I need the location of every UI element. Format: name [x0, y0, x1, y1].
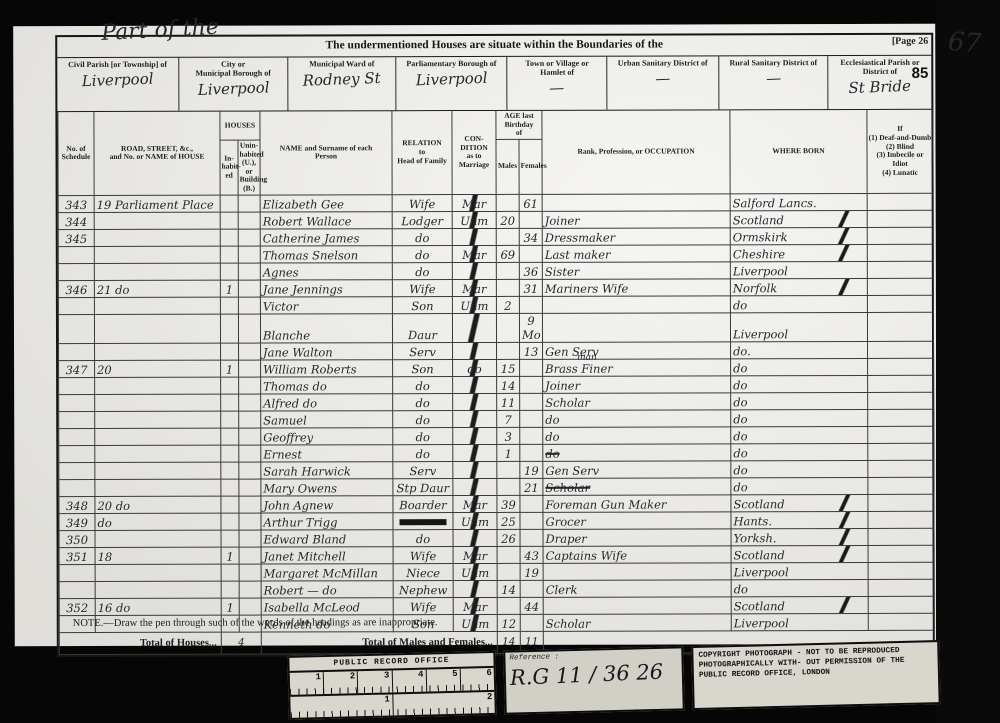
cell-infirmity — [868, 443, 934, 460]
cell-condition — [453, 342, 497, 359]
cell-age-male: 11 — [497, 393, 520, 410]
ruler-units: 12 — [290, 691, 494, 717]
cell-age-female: 19 — [520, 461, 543, 478]
cell-occupation — [543, 562, 731, 579]
col-relation: RELATION to Head of Family — [392, 111, 452, 195]
col-occupation: Rank, Profession, or OCCUPATION — [542, 110, 730, 194]
district-field-label: Parliamentary Borough of — [396, 59, 507, 68]
cell-inhabited — [221, 445, 239, 462]
col-houses: HOUSES — [220, 111, 260, 140]
cell-schedule: 344 — [58, 212, 94, 229]
cell-schedule: 343 — [58, 195, 94, 212]
cell-relation: Son — [392, 296, 452, 313]
table-row: BlancheDaur9 MoLiverpool — [58, 312, 933, 343]
cell-relation: Lodger — [392, 211, 452, 228]
col-where-born: WHERE BORN — [730, 109, 867, 193]
cell-occupation: Captains Wife — [543, 545, 731, 562]
margin-number: 67 — [947, 27, 982, 59]
cell-infirmity — [867, 278, 933, 295]
district-field-value: Liverpool — [179, 78, 288, 100]
cell-age-male: 20 — [496, 211, 519, 228]
cell-road — [95, 377, 221, 394]
cell-age-male: 7 — [497, 410, 520, 427]
cell-where-born: Liverpool — [731, 562, 868, 579]
col-schedule: No. of Schedule — [58, 111, 94, 195]
cell-relation: Daur — [392, 313, 452, 342]
cell-relation: Wife — [393, 597, 453, 614]
cell-road: 19 Parliament Place — [94, 195, 220, 212]
col-condition: CON- DITION as to Marriage — [452, 110, 496, 194]
cell-relation: do — [392, 228, 452, 245]
cell-condition: Mar — [453, 546, 497, 563]
cell-relation: do — [393, 427, 453, 444]
inserted-word: man — [577, 352, 597, 362]
total-houses-value: 4 — [221, 632, 261, 654]
cell-occupation: Dressmaker — [542, 227, 730, 244]
cell-name: Blanche — [260, 313, 392, 342]
cell-condition — [453, 410, 497, 427]
cell-occupation: Scholar — [543, 613, 731, 630]
cell-relation: Stp Daur — [393, 478, 453, 495]
district-field-value: Rodney St — [288, 69, 395, 91]
table-body: 34319 Parliament PlaceElizabeth GeeWifeM… — [58, 193, 934, 632]
cell-name: Jane Walton — [261, 342, 393, 359]
col-name: NAME and Surname of each Person — [260, 111, 392, 195]
cell-age-male: 3 — [497, 427, 520, 444]
district-field-value: — — [508, 77, 607, 99]
cell-schedule: 350 — [59, 530, 95, 547]
cell-occupation: Joiner — [543, 375, 731, 392]
cell-condition: Mar — [453, 597, 497, 614]
cell-uninhabited — [239, 394, 261, 411]
cell-age-female: 19 — [520, 563, 543, 580]
cell-uninhabited — [239, 343, 261, 360]
cell-relation: Wife — [392, 194, 452, 211]
cell-name: Thomas do — [261, 376, 393, 393]
scan-edge-right — [936, 0, 1000, 723]
cell-infirmity — [867, 244, 933, 261]
cell-infirmity — [868, 426, 934, 443]
cell-age-female — [520, 444, 543, 461]
cell-age-female — [520, 580, 543, 597]
cell-name: Arthur Trigg — [261, 512, 393, 529]
cell-infirmity — [867, 227, 933, 244]
cell-relation: Wife — [393, 546, 453, 563]
cell-age-female — [520, 393, 543, 410]
cell-inhabited — [221, 343, 239, 360]
cell-road: 18 — [95, 547, 221, 564]
cell-where-born: do — [731, 392, 868, 409]
district-field: Parliamentary Borough ofLiverpool — [396, 57, 508, 110]
district-field-label: Municipal Ward of — [288, 59, 395, 68]
cell-condition: Unm — [453, 563, 497, 580]
cell-schedule: 346 — [58, 280, 94, 297]
cell-condition: Unm — [453, 512, 497, 529]
cell-inhabited — [221, 411, 239, 428]
cell-age-male: 69 — [496, 245, 519, 262]
cell-inhabited — [221, 394, 239, 411]
cell-uninhabited — [239, 598, 261, 615]
cell-schedule — [58, 263, 94, 280]
cell-where-born: Scotland — [731, 596, 868, 613]
cell-age-female — [520, 529, 543, 546]
cell-age-male — [497, 597, 520, 614]
cell-infirmity — [868, 375, 934, 392]
cell-schedule: 352 — [59, 598, 95, 615]
cell-name: Robert Wallace — [260, 211, 392, 228]
cell-occupation: Scholar — [543, 392, 731, 409]
cell-schedule — [59, 343, 95, 360]
district-field-value: — — [607, 68, 718, 90]
cell-schedule — [59, 564, 95, 581]
cell-age-female — [519, 296, 542, 313]
cell-inhabited — [221, 513, 239, 530]
cell-infirmity — [868, 392, 934, 409]
cell-uninhabited — [239, 496, 261, 513]
cell-occupation: do — [543, 426, 731, 443]
cell-name: Geoffrey — [261, 427, 393, 444]
cell-road — [95, 411, 221, 428]
cell-condition — [453, 444, 497, 461]
reference-box: Reference : R.G 11 / 36 26 — [503, 646, 685, 714]
cell-road: 20 do — [95, 496, 221, 513]
cell-schedule — [59, 479, 95, 496]
cell-age-female: 13 — [520, 342, 543, 359]
cell-infirmity — [868, 511, 934, 528]
cell-name: Catherine James — [260, 228, 392, 245]
census-form: The undermentioned Houses are situate wi… — [55, 33, 935, 657]
cell-uninhabited — [239, 428, 261, 445]
cell-where-born: Hants. — [731, 511, 868, 528]
cell-age-female — [520, 410, 543, 427]
cell-uninhabited — [239, 513, 261, 530]
cell-infirmity — [868, 562, 934, 579]
cell-age-female — [520, 376, 543, 393]
pro-ruler-box: PUBLIC RECORD OFFICE 123456 12 — [287, 651, 497, 720]
cell-infirmity — [868, 460, 934, 477]
cell-where-born: do — [731, 477, 868, 494]
scan-edge-left — [0, 0, 14, 723]
cell-name: Sarah Harwick — [261, 461, 393, 478]
cell-inhabited — [221, 479, 239, 496]
cell-schedule — [58, 297, 94, 314]
cell-inhabited — [220, 263, 238, 280]
cell-age-male: 39 — [497, 495, 520, 512]
cell-age-male: 1 — [497, 444, 520, 461]
cell-relation: Serv — [393, 342, 453, 359]
ruler-number: 1 — [290, 672, 325, 694]
cell-age-female — [520, 427, 543, 444]
cell-age-female: 21 — [520, 478, 543, 495]
bottom-note: NOTE.—Draw the pen through such of the w… — [73, 617, 438, 629]
ruler-number: 3 — [358, 670, 393, 692]
cell-infirmity — [868, 477, 934, 494]
cell-inhabited — [221, 564, 239, 581]
cell-road — [94, 263, 220, 280]
cell-inhabited: 1 — [221, 598, 239, 615]
cell-name: Thomas Snelson — [260, 245, 392, 262]
cell-age-male: 25 — [497, 512, 520, 529]
cell-road — [95, 479, 221, 496]
cell-uninhabited — [238, 246, 260, 263]
cell-uninhabited — [239, 462, 261, 479]
cell-age-female — [520, 495, 543, 512]
ruler-number: 2 — [393, 691, 495, 715]
cell-name: Margaret McMillan — [261, 563, 393, 580]
cell-condition — [453, 478, 497, 495]
cell-condition — [453, 376, 497, 393]
cell-relation: do — [392, 262, 452, 279]
cell-schedule: 345 — [58, 229, 94, 246]
cell-infirmity — [868, 341, 934, 358]
total-houses-label: Total of Houses... — [59, 632, 221, 654]
cell-condition: Mar — [453, 495, 497, 512]
cell-name: Victor — [260, 296, 392, 313]
total-males-females-label: Total of Males and Females... — [261, 631, 497, 654]
district-field: Ecclesiastical Parish or District ofSt B… — [829, 56, 932, 109]
cell-relation: Nephew — [393, 580, 453, 597]
cell-age-female: 34 — [519, 228, 542, 245]
ruler-number: 5 — [426, 669, 461, 691]
cell-where-born: do — [731, 358, 868, 375]
cell-road — [95, 581, 221, 598]
cell-condition: Unm — [452, 211, 496, 228]
col-road: ROAD, STREET, &c., and No. or NAME of HO… — [94, 111, 220, 195]
cell-relation: Boarder — [393, 495, 453, 512]
cell-condition — [453, 393, 497, 410]
cell-occupation: Gen Serv — [543, 341, 731, 358]
cell-where-born: do — [731, 409, 868, 426]
cell-condition: Mar — [452, 279, 496, 296]
cell-age-female — [520, 614, 543, 631]
district-field-label: Urban Sanitary District of — [607, 58, 718, 67]
col-males: Males — [496, 139, 519, 194]
cell-where-born: do — [731, 443, 868, 460]
cell-name: Mary Owens — [261, 478, 393, 495]
district-field: Rural Sanitary District of— — [719, 56, 829, 109]
ruler-number: 6 — [461, 668, 495, 690]
col-females: Females — [519, 139, 542, 194]
cell-age-female: 44 — [520, 597, 543, 614]
cell-schedule — [59, 377, 95, 394]
cell-condition: Unm — [453, 614, 497, 631]
cell-schedule — [58, 246, 94, 263]
copyright-notice: COPYRIGHT PHOTOGRAPH - NOT TO BE REPRODU… — [691, 640, 940, 710]
cell-inhabited — [221, 581, 239, 598]
cell-uninhabited — [238, 212, 260, 229]
cell-schedule: 349 — [59, 513, 95, 530]
cell-infirmity — [868, 409, 934, 426]
cell-age-female: 31 — [519, 279, 542, 296]
cell-road — [94, 246, 220, 263]
cell-relation — [393, 512, 453, 529]
cell-age-female — [519, 245, 542, 262]
cell-infirmity — [868, 545, 934, 562]
cell-schedule: 351 — [59, 547, 95, 564]
cell-road — [95, 343, 221, 360]
cell-name: Edward Bland — [261, 529, 393, 546]
cell-inhabited — [221, 428, 239, 445]
reference-value: R.G 11 / 36 26 — [509, 659, 678, 690]
cell-name: Jane Jennings — [260, 279, 392, 296]
cell-relation: Son — [393, 359, 453, 376]
cell-name: Elizabeth Gee — [260, 194, 392, 211]
cell-infirmity — [868, 494, 934, 511]
cell-name: Robert — do — [261, 580, 393, 597]
district-field: City or Municipal Borough ofLiverpool — [179, 57, 289, 110]
cell-occupation: Gen Serv — [543, 460, 731, 477]
ruler-number: 2 — [324, 671, 359, 693]
cell-uninhabited — [238, 195, 260, 212]
cell-age-female: 36 — [519, 262, 542, 279]
cell-uninhabited — [238, 297, 260, 314]
cell-road: 16 do — [95, 598, 221, 615]
cell-schedule — [59, 394, 95, 411]
district-header: Civil Parish [or Township] ofLiverpoolCi… — [57, 55, 931, 111]
col-inhabited: In- habit- ed — [220, 140, 238, 195]
district-field: Town or Village or Hamlet of— — [508, 57, 608, 110]
cell-age-male — [496, 194, 519, 211]
cell-where-born: Liverpool — [730, 312, 867, 341]
cell-uninhabited — [238, 280, 260, 297]
district-field: Urban Sanitary District of— — [607, 56, 719, 109]
district-field-value: Liverpool — [57, 69, 178, 92]
col-infirmity: If (1) Deaf-and-Dumb (2) Blind (3) Imbec… — [867, 109, 933, 193]
district-field: Civil Parish [or Township] ofLiverpool — [57, 58, 179, 111]
cell-age-male: 12 — [497, 614, 520, 631]
cell-where-born: Norfolk — [730, 278, 867, 295]
district-field-label: Civil Parish [or Township] of — [57, 60, 178, 70]
cell-where-born: do — [731, 426, 868, 443]
cell-name: Agnes — [260, 262, 392, 279]
census-table: No. of Schedule ROAD, STREET, &c., and N… — [57, 109, 934, 655]
district-field-value: — — [719, 67, 828, 89]
cell-infirmity — [868, 596, 934, 613]
cell-name: Alfred do — [261, 393, 393, 410]
cell-schedule — [59, 581, 95, 598]
cell-infirmity — [867, 261, 933, 278]
col-uninhabited: Unin- habited (U.), or Building (B.) — [238, 140, 260, 195]
cell-uninhabited — [239, 360, 261, 377]
cell-age-male: 15 — [497, 359, 520, 376]
cell-schedule — [59, 411, 95, 428]
cell-uninhabited — [238, 229, 260, 246]
cell-where-born: Salford Lancs. — [730, 193, 867, 210]
cell-where-born: Scotland — [731, 545, 868, 562]
cell-road: do — [95, 513, 221, 530]
cell-name: William Roberts — [261, 359, 393, 376]
cell-road — [94, 314, 220, 343]
cell-inhabited — [221, 377, 239, 394]
cell-inhabited — [221, 530, 239, 547]
cell-condition: Mar — [452, 194, 496, 211]
district-field: Municipal Ward ofRodney St — [288, 57, 396, 110]
page-number-label: [Page 26 — [892, 36, 928, 47]
cell-occupation: Draper — [543, 528, 731, 545]
scanned-census-page: Part of the The undermentioned Houses ar… — [0, 0, 1000, 723]
cell-infirmity — [867, 193, 933, 210]
cell-occupation: Sister — [542, 261, 730, 278]
cell-age-male — [497, 546, 520, 563]
cell-name: Isabella McLeod — [261, 597, 393, 614]
cell-road: 20 — [95, 360, 221, 377]
cell-where-born: Liverpool — [731, 613, 868, 630]
cell-infirmity — [868, 579, 934, 596]
cell-uninhabited — [239, 411, 261, 428]
cell-occupation: Last maker — [542, 244, 730, 261]
cell-age-male — [497, 461, 520, 478]
cell-inhabited — [220, 212, 238, 229]
cell-age-female: 9 Mo — [519, 313, 542, 342]
cell-infirmity — [867, 295, 933, 312]
ruler-number: 1 — [290, 694, 393, 718]
cell-age-male — [497, 342, 520, 359]
cell-condition — [453, 427, 497, 444]
cell-condition — [452, 262, 496, 279]
cell-occupation: Foreman Gun Maker — [543, 494, 731, 511]
cell-relation: Wife — [392, 279, 452, 296]
cell-where-born: Scotland — [730, 210, 867, 227]
cell-occupation: Joiner — [542, 210, 730, 227]
cell-inhabited — [220, 297, 238, 314]
cell-occupation: Mariners Wife — [542, 278, 730, 295]
cell-schedule — [59, 445, 95, 462]
district-field-label: City or Municipal Borough of — [179, 59, 288, 78]
cell-relation: do — [393, 393, 453, 410]
cell-age-male — [496, 313, 519, 342]
cell-road — [95, 394, 221, 411]
cell-road — [95, 445, 221, 462]
cell-name: Samuel — [261, 410, 393, 427]
cell-road — [95, 462, 221, 479]
cell-occupation — [542, 193, 730, 210]
cell-where-born: Cheshire — [730, 244, 867, 261]
cell-age-male: 14 — [497, 376, 520, 393]
cell-occupation — [542, 312, 730, 341]
cell-name: Janet Mitchell — [261, 546, 393, 563]
district-field-label: Town or Village or Hamlet of — [508, 59, 607, 78]
cell-occupation: do — [543, 409, 731, 426]
cell-condition: do — [453, 359, 497, 376]
cell-uninhabited — [239, 445, 261, 462]
cell-name: John Agnew — [261, 495, 393, 512]
cell-age-male: 14 — [497, 580, 520, 597]
cell-uninhabited — [239, 479, 261, 496]
cell-inhabited: 1 — [220, 280, 238, 297]
cell-inhabited: 1 — [221, 547, 239, 564]
cell-relation: do — [393, 444, 453, 461]
cell-occupation: Grocer — [543, 511, 731, 528]
cell-inhabited — [220, 246, 238, 263]
cell-condition — [453, 529, 497, 546]
cell-occupation — [543, 596, 731, 613]
cell-inhabited — [221, 462, 239, 479]
cell-inhabited — [220, 314, 238, 343]
cell-occupation: do — [543, 443, 731, 460]
cell-road — [95, 530, 221, 547]
cell-age-female: 43 — [520, 546, 543, 563]
cell-uninhabited — [239, 377, 261, 394]
cell-age-male — [497, 563, 520, 580]
cell-occupation: Clerk — [543, 579, 731, 596]
ruler-number: 4 — [392, 670, 427, 692]
cell-road: 21 do — [94, 280, 220, 297]
cell-relation: Serv — [393, 461, 453, 478]
cell-age-male — [496, 279, 519, 296]
cell-condition — [453, 461, 497, 478]
cell-where-born: Yorksh. — [731, 528, 868, 545]
cell-schedule — [59, 428, 95, 445]
